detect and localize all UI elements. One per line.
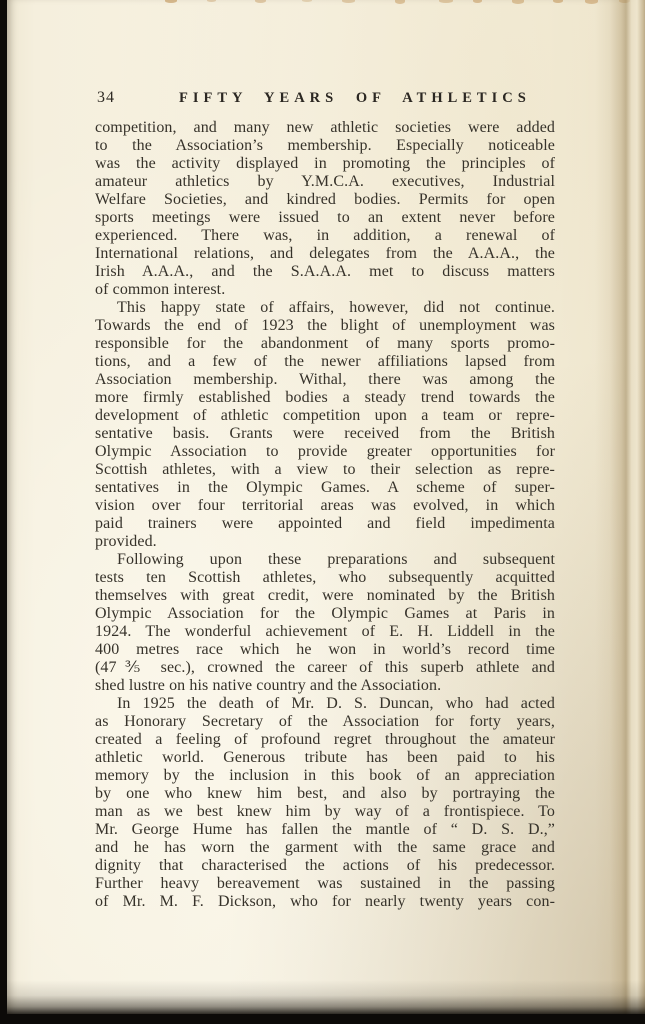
foxing-spot [553, 0, 563, 3]
text-line: International relations, and delegates f… [95, 245, 555, 263]
foxing-spot [395, 0, 405, 4]
text-line: and he has worn the garment with the sam… [95, 839, 555, 857]
text-line: memory by the inclusion in this book of … [95, 767, 555, 785]
scanned-book-page: 34 FIFTY YEARS OF ATHLETICS competition,… [0, 0, 645, 1024]
text-line: In 1925 the death of Mr. D. S. Duncan, w… [95, 695, 555, 713]
text-line: responsible for the abandonment of many … [95, 335, 555, 353]
text-line: (47⅗ sec.), crowned the career of this s… [95, 659, 555, 677]
text-line: more firmly established bodies a steady … [95, 389, 555, 407]
text-line: Welfare Societies, and kindred bodies. P… [95, 191, 555, 209]
text-line: provided. [95, 533, 555, 551]
text-line: themselves with great credit, were nomin… [95, 587, 555, 605]
text-line: Scottish athletes, with a view to their … [95, 461, 555, 479]
foxing-spot [439, 0, 453, 3]
foxing-spot [342, 0, 355, 3]
text-line: development of athletic competition upon… [95, 407, 555, 425]
text-line: Irish A.A.A., and the S.A.A.A. met to di… [95, 263, 555, 281]
text-line: Following upon these preparations and su… [95, 551, 555, 569]
text-line: tions, and a few of the newer affiliatio… [95, 353, 555, 371]
text-line: This happy state of affairs, however, di… [95, 299, 555, 317]
page-number: 34 [97, 89, 115, 107]
text-line: Further heavy bereavement was sustained … [95, 875, 555, 893]
foxing-spot [255, 0, 266, 3]
paragraph: This happy state of affairs, however, di… [95, 299, 555, 551]
text-line: amateur athletics by Y.M.C.A. executives… [95, 173, 555, 191]
text-line: to the Association’s membership. Especia… [95, 137, 555, 155]
text-line: as Honorary Secretary of the Association… [95, 713, 555, 731]
running-header: FIFTY YEARS OF ATHLETICS [179, 90, 519, 107]
text-line: dignity that characterised the actions o… [95, 857, 555, 875]
foxing-spot [207, 0, 216, 2]
text-line: shed lustre on his native country and th… [95, 677, 555, 695]
text-line: by one who knew him best, and also by po… [95, 785, 555, 803]
foxing-spot [302, 0, 312, 2]
paragraph: Following upon these preparations and su… [95, 551, 555, 695]
text-line: tests ten Scottish athletes, who subsequ… [95, 569, 555, 587]
foxing-spot [512, 0, 524, 4]
text-line: athletic world. Generous tribute has bee… [95, 749, 555, 767]
text-line: sports meetings were issued to an extent… [95, 209, 555, 227]
text-line: 1924. The wonderful achievement of E. H.… [95, 623, 555, 641]
text-line: Mr. George Hume has fallen the mantle of… [95, 821, 555, 839]
text-line: sentative basis. Grants were received fr… [95, 425, 555, 443]
text-line: man as we best knew him by way of a fron… [95, 803, 555, 821]
foxing-spot [473, 0, 482, 3]
text-line: paid trainers were appointed and field i… [95, 515, 555, 533]
text-line: Towards the end of 1923 the blight of un… [95, 317, 555, 335]
text-line: of common interest. [95, 281, 555, 299]
text-line: Association membership. Withal, there wa… [95, 371, 555, 389]
text-line: 400 metres race which he won in world’s … [95, 641, 555, 659]
page-edge-shadow [595, 0, 645, 1014]
page-header: 34 FIFTY YEARS OF ATHLETICS [95, 88, 565, 108]
text-line: Olympic Association for the Olympic Game… [95, 605, 555, 623]
text-line: experienced. There was, in addition, a r… [95, 227, 555, 245]
paragraph: In 1925 the death of Mr. D. S. Duncan, w… [95, 695, 555, 911]
foxing-spot [165, 0, 177, 3]
paper: 34 FIFTY YEARS OF ATHLETICS competition,… [7, 0, 645, 1014]
text-line: created a feeling of profound regret thr… [95, 731, 555, 749]
paragraph: competition, and many new athletic socie… [95, 119, 555, 299]
text-line: competition, and many new athletic socie… [95, 119, 555, 137]
text-line: sentatives in the Olympic Games. A schem… [95, 479, 555, 497]
text-line: vision over four territorial areas was e… [95, 497, 555, 515]
text-line: of Mr. M. F. Dickson, who for nearly twe… [95, 893, 555, 911]
text-block: competition, and many new athletic socie… [95, 119, 555, 911]
text-line: was the activity displayed in promoting … [95, 155, 555, 173]
text-line: Olympic Association to provide greater o… [95, 443, 555, 461]
